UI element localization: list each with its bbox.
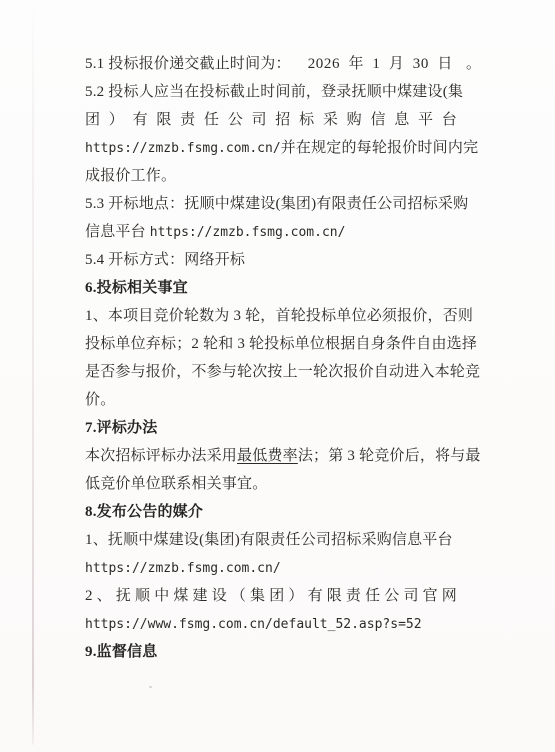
eval-method-post: 法；第 3 轮竞价后，将与最: [298, 448, 481, 464]
lowest-rate-underlined: 最低费率: [237, 448, 298, 464]
heading-supervision-info: 9.监督信息: [85, 638, 457, 666]
platform-url-text: https://zmzb.fsmg.com.cn/: [150, 225, 346, 240]
page-edge-shadow: [32, 0, 34, 745]
heading-announcement-media: 8.发布公告的媒介: [85, 498, 457, 526]
platform-url-text: https://zmzb.fsmg.com.cn/: [85, 561, 281, 576]
line-bidder-login-3: https://zmzb.fsmg.com.cn/并在规定的每轮报价时间内完: [85, 134, 457, 162]
line-media-1: 1、抚顺中煤建设(集团)有限责任公司招标采购信息平台: [85, 526, 457, 554]
eval-method-pre: 本次招标评标办法采用: [85, 448, 237, 464]
document-body: 5.1 投标报价递交截止时间为：2026 年 1 月 30 日。 5.2 投标人…: [85, 50, 457, 666]
line-bidder-login-1: 5.2 投标人应当在投标截止时间前，登录抚顺中煤建设(集: [85, 78, 457, 106]
heading-bid-matters: 6.投标相关事宜: [85, 274, 457, 302]
line-bidder-login-3-text: 并在规定的每轮报价时间内完: [281, 140, 479, 156]
line-rounds-3: 是否参与报价，不参与轮次按上一轮次报价自动进入本轮竞: [85, 358, 457, 386]
line-open-location-2-text: 信息平台: [85, 224, 150, 240]
line-eval-method-1: 本次招标评标办法采用最低费率法；第 3 轮竞价后，将与最: [85, 442, 457, 470]
line-bidder-login-4: 成报价工作。: [85, 162, 457, 190]
line-media-2-url: https://www.fsmg.com.cn/default_52.asp?s…: [85, 610, 457, 638]
line-rounds-2: 投标单位弃标；2 轮和 3 轮投标单位根据自身条件自由选择: [85, 330, 457, 358]
line-media-1-url: https://zmzb.fsmg.com.cn/: [85, 554, 457, 582]
line-eval-method-2: 低竞价单位联系相关事宜。: [85, 470, 457, 498]
line-rounds-4: 价。: [85, 386, 457, 414]
line-media-2: 2、抚顺中煤建设（集团）有限责任公司官网: [85, 582, 457, 610]
line-open-method: 5.4 开标方式：网络开标: [85, 246, 457, 274]
line-bidder-login-2: 团）有限责任公司招标采购信息平台: [85, 106, 457, 134]
scan-speck: [149, 686, 152, 688]
platform-url-text: https://zmzb.fsmg.com.cn/: [85, 141, 281, 156]
official-site-url-text: https://www.fsmg.com.cn/default_52.asp?s…: [85, 617, 422, 632]
deadline-period: 。: [466, 56, 481, 72]
line-bid-quote-deadline: 5.1 投标报价递交截止时间为：2026 年 1 月 30 日。: [85, 50, 457, 78]
heading-evaluation-method: 7.评标办法: [85, 414, 457, 442]
line-open-location-1: 5.3 开标地点：抚顺中煤建设(集团)有限责任公司招标采购: [85, 190, 457, 218]
line-open-location-2: 信息平台 https://zmzb.fsmg.com.cn/: [85, 218, 457, 246]
line-rounds-1: 1、本项目竞价轮数为 3 轮，首轮投标单位必须报价，否则: [85, 302, 457, 330]
deadline-date: 2026 年 1 月 30 日: [308, 56, 453, 72]
deadline-label: 5.1 投标报价递交截止时间为：: [85, 56, 291, 72]
